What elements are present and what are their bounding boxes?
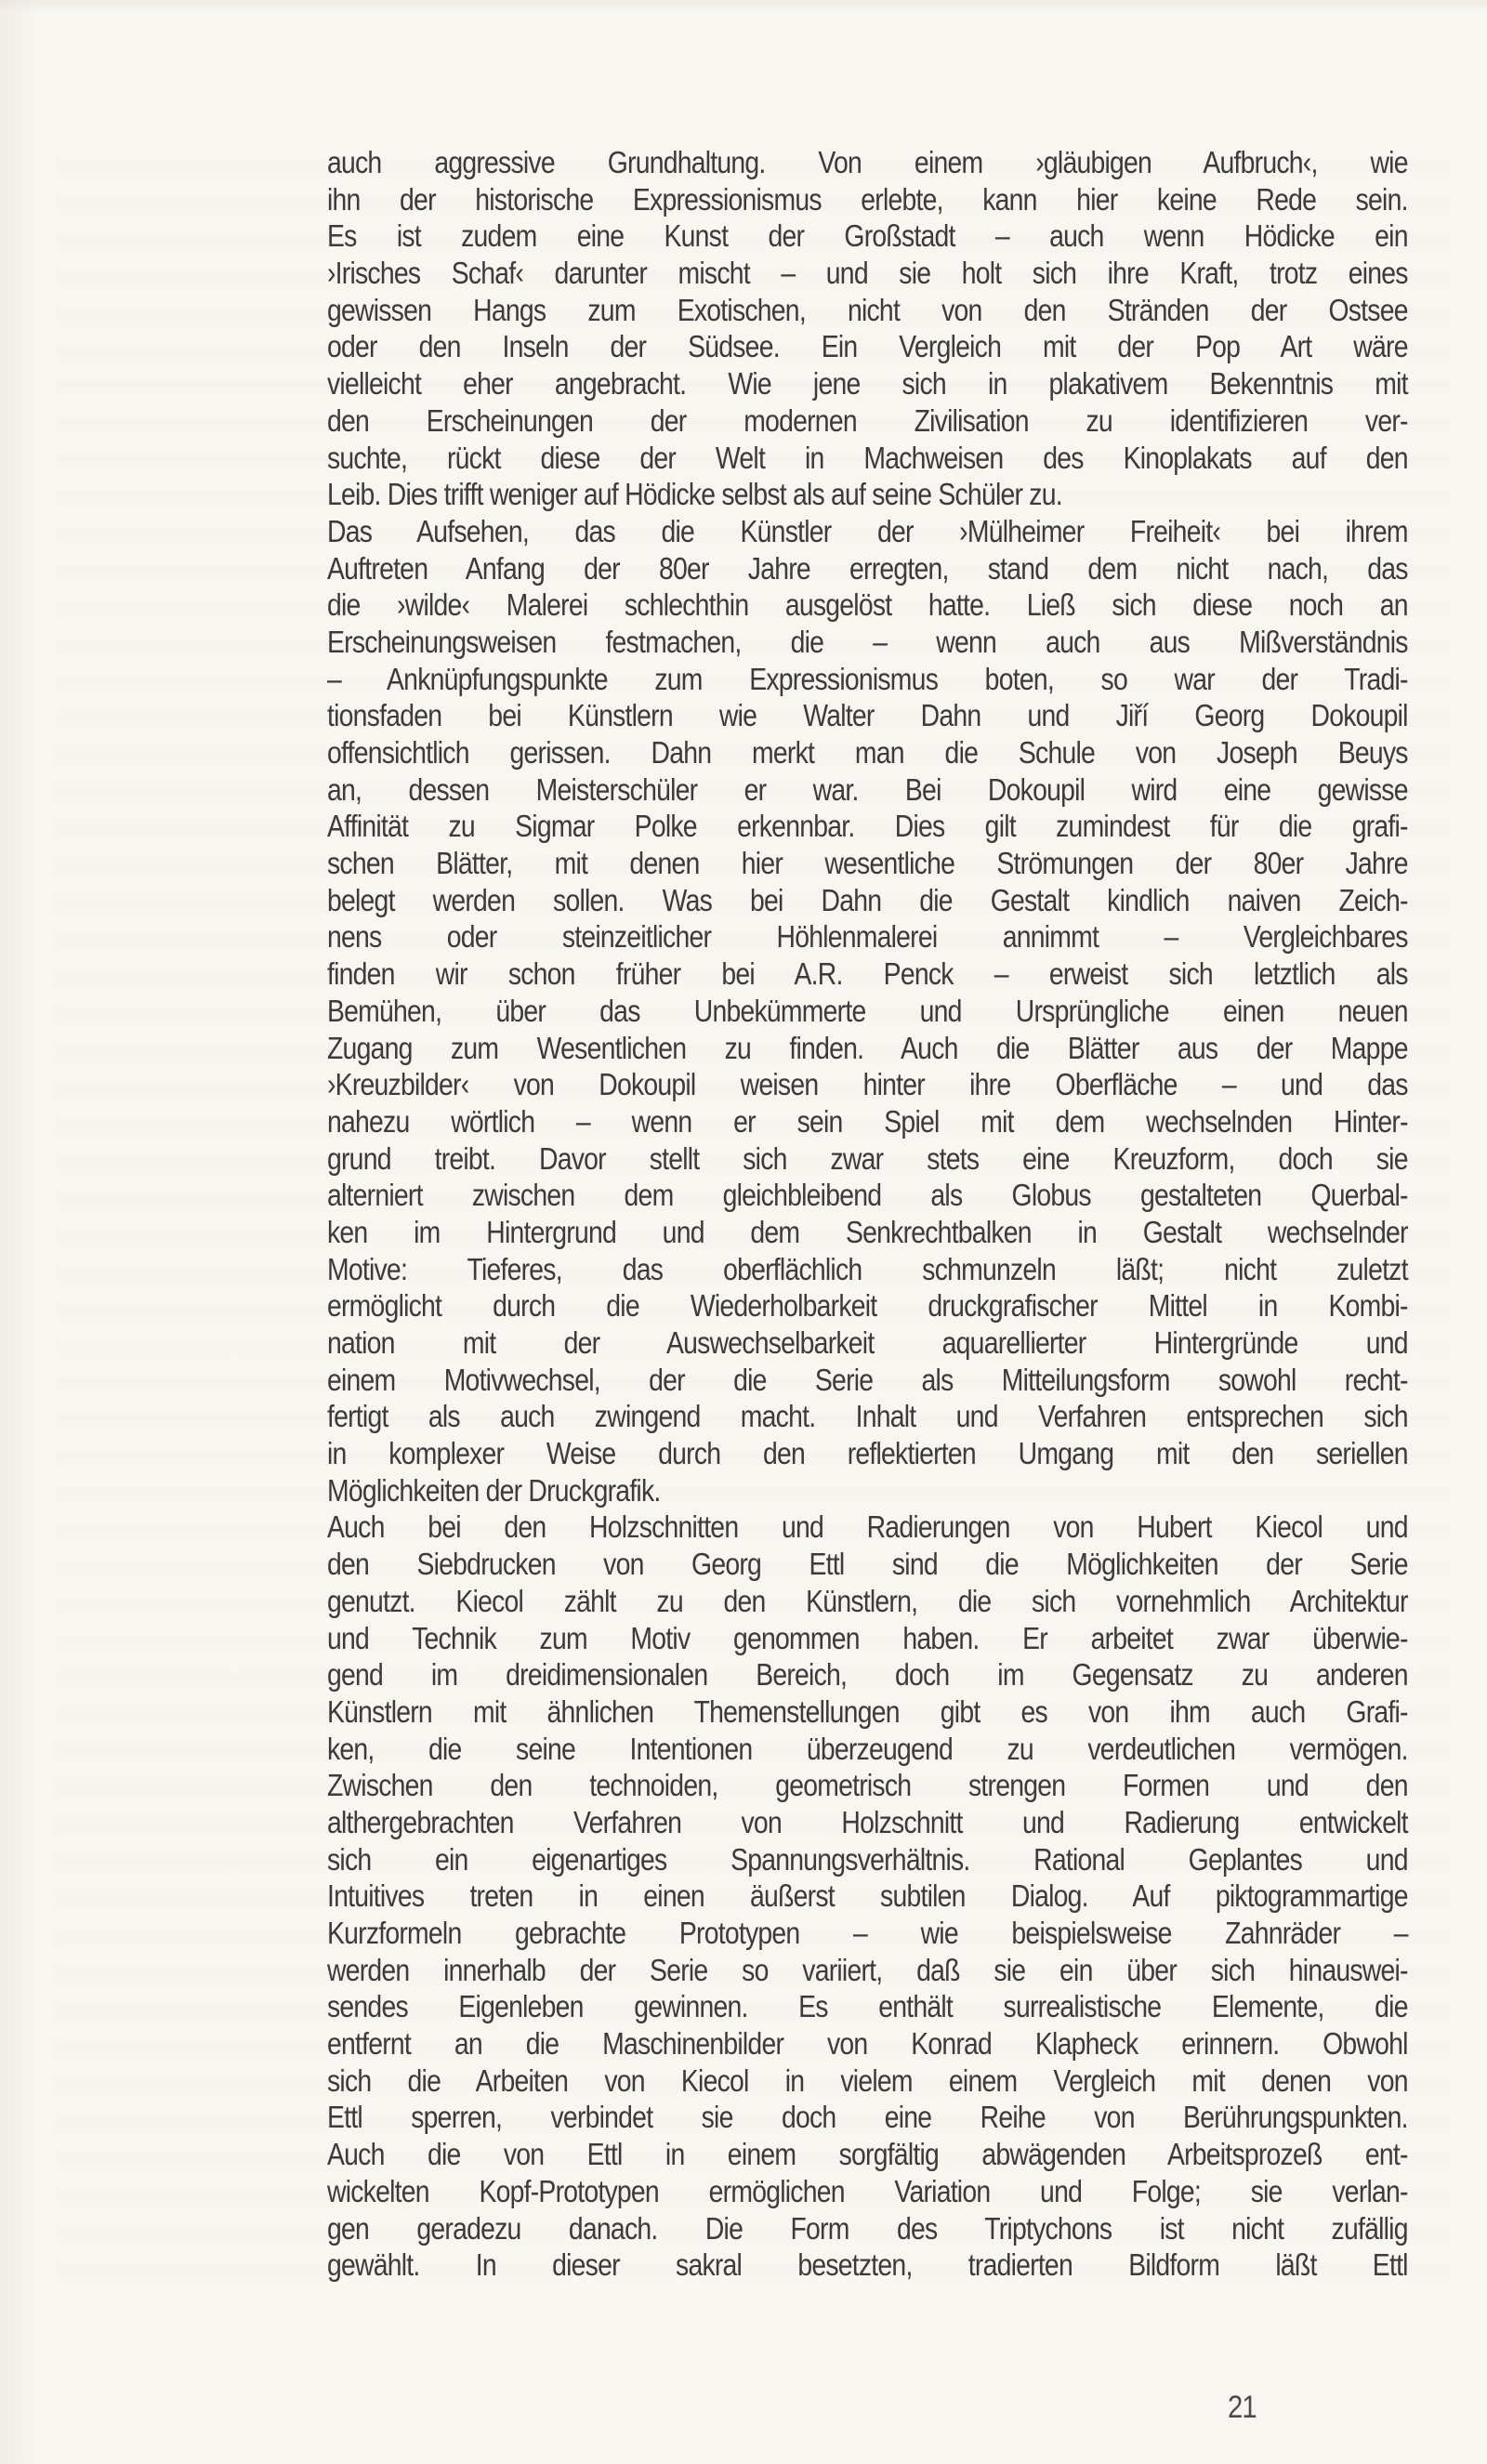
text-line-paragraph-end: Leib. Dies trifft weniger auf Hödicke se… xyxy=(327,476,1408,513)
text-line: gewissen Hangs zum Exotischen, nicht von… xyxy=(327,292,1408,329)
text-line: nahezu wörtlich – wenn er sein Spiel mit… xyxy=(327,1103,1408,1140)
text-line: ermöglicht durch die Wiederholbarkeit dr… xyxy=(327,1287,1408,1324)
text-line: – Anknüpfungspunkte zum Expressionismus … xyxy=(327,661,1408,698)
text-line: an, dessen Meisterschüler er war. Bei Do… xyxy=(327,771,1408,809)
text-line: Auftreten Anfang der 80er Jahre erregten… xyxy=(327,550,1408,587)
text-line: althergebrachten Verfahren von Holzschni… xyxy=(327,1804,1408,1841)
text-line: wickelten Kopf-Prototypen ermöglichen Va… xyxy=(327,2173,1408,2210)
text-line: sendes Eigenleben gewinnen. Es enthält s… xyxy=(327,1988,1408,2025)
text-line: Künstlern mit ähnlichen Themenstellungen… xyxy=(327,1693,1408,1731)
text-line: offensichtlich gerissen. Dahn merkt man … xyxy=(327,734,1408,771)
text-line: Auch bei den Holzschnitten und Radierung… xyxy=(327,1509,1408,1546)
text-line: Affinität zu Sigmar Polke erkennbar. Die… xyxy=(327,808,1408,845)
book-page: auch aggressive Grundhaltung. Von einem … xyxy=(0,0,1487,2464)
text-line: nens oder steinzeitlicher Höhlenmalerei … xyxy=(327,918,1408,955)
text-line: einem Motivwechsel, der die Serie als Mi… xyxy=(327,1362,1408,1399)
text-line: gewählt. In dieser sakral besetzten, tra… xyxy=(327,2247,1408,2284)
text-line: den Siebdrucken von Georg Ettl sind die … xyxy=(327,1546,1408,1583)
text-line: ihn der historische Expressionismus erle… xyxy=(327,181,1408,218)
text-line: gen geradezu danach. Die Form des Tripty… xyxy=(327,2210,1408,2247)
text-line: sich ein eigenartiges Spannungsverhältni… xyxy=(327,1841,1408,1878)
body-text: auch aggressive Grundhaltung. Von einem … xyxy=(327,144,1257,2284)
text-line: Bemühen, über das Unbekümmerte und Urspr… xyxy=(327,993,1408,1030)
text-line: ›Kreuzbilder‹ von Dokoupil weisen hinter… xyxy=(327,1066,1408,1103)
text-line: Es ist zudem eine Kunst der Großstadt – … xyxy=(327,217,1408,255)
text-line: sich die Arbeiten von Kiecol in vielem e… xyxy=(327,2062,1408,2100)
text-line: belegt werden sollen. Was bei Dahn die G… xyxy=(327,882,1408,919)
text-line: auch aggressive Grundhaltung. Von einem … xyxy=(327,144,1408,181)
text-line: genutzt. Kiecol zählt zu den Künstlern, … xyxy=(327,1583,1408,1620)
text-line-paragraph-end: Möglichkeiten der Druckgrafik. xyxy=(327,1472,1408,1509)
text-line: tionsfaden bei Künstlern wie Walter Dahn… xyxy=(327,697,1408,734)
text-line: Kurzformeln gebrachte Prototypen – wie b… xyxy=(327,1915,1408,1952)
text-line: fertigt als auch zwingend macht. Inhalt … xyxy=(327,1398,1408,1435)
text-line: ken, die seine Intentionen überzeugend z… xyxy=(327,1731,1408,1768)
text-line: ›Irisches Schaf‹ darunter mischt – und s… xyxy=(327,255,1408,292)
text-line: den Erscheinungen der modernen Zivilisat… xyxy=(327,402,1408,440)
text-line: vielleicht eher angebracht. Wie jene sic… xyxy=(327,365,1408,402)
text-line: Ettl sperren, verbindet sie doch eine Re… xyxy=(327,2099,1408,2136)
text-line: werden innerhalb der Serie so variiert, … xyxy=(327,1952,1408,1989)
page-number: 21 xyxy=(1228,2390,1257,2426)
text-line: suchte, rückt diese der Welt in Machweis… xyxy=(327,440,1408,477)
text-line: grund treibt. Davor stellt sich zwar ste… xyxy=(327,1140,1408,1178)
text-line: finden wir schon früher bei A.R. Penck –… xyxy=(327,955,1408,993)
text-line: Zwischen den technoiden, geometrisch str… xyxy=(327,1767,1408,1804)
text-line: die ›wilde‹ Malerei schlechthin ausgelös… xyxy=(327,586,1408,624)
text-line: schen Blätter, mit denen hier wesentlich… xyxy=(327,845,1408,882)
text-line: und Technik zum Motiv genommen haben. Er… xyxy=(327,1620,1408,1657)
text-line: Motive: Tieferes, das oberflächlich schm… xyxy=(327,1251,1408,1288)
text-line: Das Aufsehen, das die Künstler der ›Mülh… xyxy=(327,513,1408,550)
text-line: entfernt an die Maschinenbilder von Konr… xyxy=(327,2025,1408,2062)
text-line: Intuitives treten in einen äußerst subti… xyxy=(327,1878,1408,1915)
text-line: Zugang zum Wesentlichen zu finden. Auch … xyxy=(327,1030,1408,1067)
text-line: Erscheinungsweisen festmachen, die – wen… xyxy=(327,624,1408,661)
text-line: nation mit der Auswechselbarkeit aquarel… xyxy=(327,1324,1408,1362)
text-line: gend im dreidimensionalen Bereich, doch … xyxy=(327,1656,1408,1693)
text-line: ken im Hintergrund und dem Senkrechtbalk… xyxy=(327,1214,1408,1251)
text-line: alterniert zwischen dem gleichbleibend a… xyxy=(327,1177,1408,1214)
text-line: oder den Inseln der Südsee. Ein Vergleic… xyxy=(327,328,1408,365)
text-line: in komplexer Weise durch den reflektiert… xyxy=(327,1435,1408,1472)
text-line: Auch die von Ettl in einem sorgfältig ab… xyxy=(327,2136,1408,2173)
